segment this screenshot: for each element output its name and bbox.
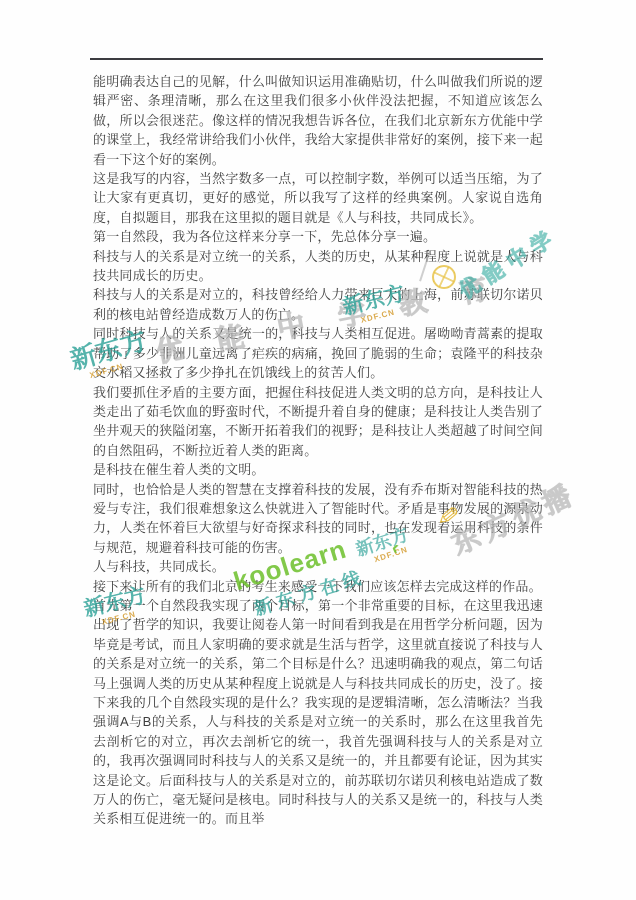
paragraph: 能明确表达自己的见解，什么叫做知识运用准确贴切，什么叫做我们所说的逻辑严密、条理…	[93, 72, 543, 169]
paragraph: 人与科技，共同成长。	[93, 557, 543, 576]
paragraph: 同时科技与人的关系又是统一的，科技与人类相互促进。屠呦呦青蒿素的提取帮助了多少非…	[93, 324, 543, 382]
paragraph: 科技与人的关系是对立的，科技曾经给人力带来巨大的上海，前苏联切尔诺贝利的核电站曾…	[93, 285, 543, 324]
paragraph: 接下来让所有的我们北京的考生来感受一下我们应该怎样去完成这样的作品。	[93, 577, 543, 596]
paragraph: 我们要抓住矛盾的主要方面，把握住科技促进人类文明的总方向，是科技让人类走出了茹毛…	[93, 383, 543, 461]
paragraph: 这是我写的内容，当然字数多一点，可以控制字数，举例可以适当压缩，为了让大家有更真…	[93, 169, 543, 227]
document-page: 能明确表达自己的见解，什么叫做知识运用准确贴切，什么叫做我们所说的逻辑严密、条理…	[0, 0, 636, 900]
header-divider-line	[90, 58, 543, 60]
paragraph: 第一自然段，我为各位这样来分享一下，先总体分享一遍。	[93, 227, 543, 246]
paragraph: 同时，也恰恰是人类的智慧在支撑着科技的发展，没有乔布斯对智能科技的热爱与专注，我…	[93, 480, 543, 558]
document-body: 能明确表达自己的见解，什么叫做知识运用准确贴切，什么叫做我们所说的逻辑严密、条理…	[93, 72, 543, 829]
paragraph: 是科技在催生着人类的文明。	[93, 460, 543, 479]
paragraph: 科技与人的关系是对立统一的关系，人类的历史，从某种程度上说就是人与科技共同成长的…	[93, 247, 543, 286]
paragraph: 首先第一个自然段我实现了两个目标，第一个非常重要的目标，在这里我迅速出现了哲学的…	[93, 596, 543, 829]
